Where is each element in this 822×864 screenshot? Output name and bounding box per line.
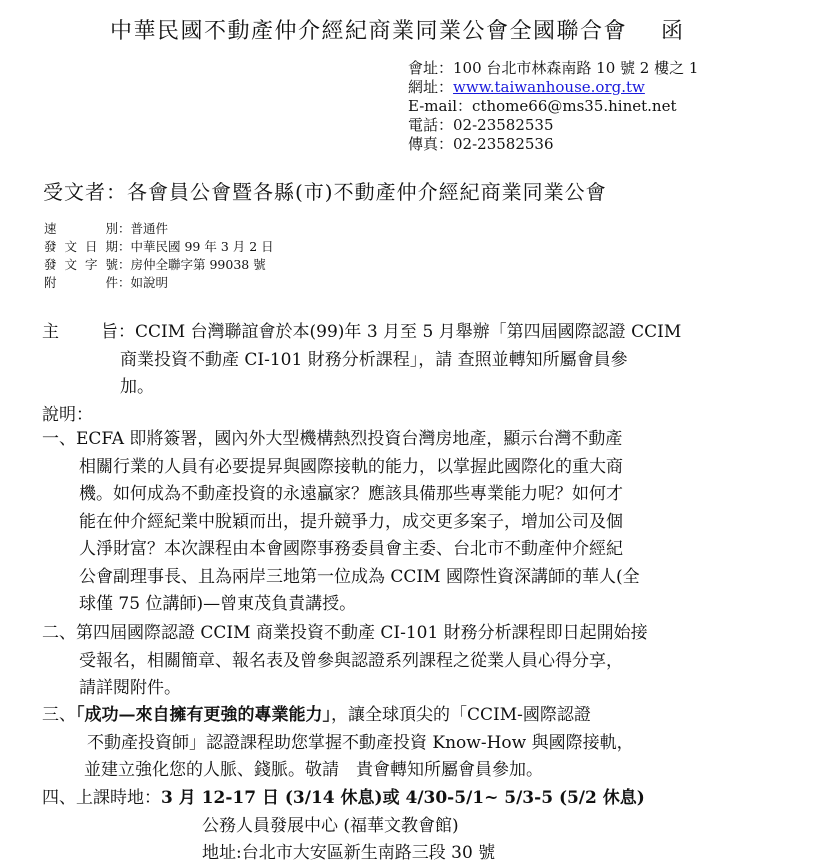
contact-website-row: 網址：www.taiwanhouse.org.tw: [408, 78, 698, 97]
subject-line: ：CCIM 台灣聯誼會於本(99)年 3 月至 5 月舉辦「第四屆國際認證 CC…: [118, 322, 681, 342]
description-item-2: 二、第四屆國際認證 CCIM 商業投資不動產 CI-101 財務分析課程即日起開…: [42, 620, 648, 703]
website-link[interactable]: www.taiwanhouse.org.tw: [453, 78, 645, 96]
description-item-1: 一、ECFA 即將簽署，國內外大型機構熱烈投資台灣房地產，顯示台灣不動產 相關行…: [42, 426, 640, 619]
venue-block: 公務人員發展中心 (福華文教會館) 地址:台北市大安區新生南路三段 30 號: [202, 813, 495, 864]
org-name: 中華民國不動產仲介經紀商業同業公會全國聯合會: [110, 19, 627, 44]
highlight-phrase: 「成功—來自擁有更強的專業能力」: [76, 705, 331, 725]
subject-label: 主旨: [42, 319, 118, 347]
contact-email: E-mail：cthome66@ms35.hinet.net: [408, 97, 698, 116]
document-meta: 速別：普通件 發文日期：中華民國 99 年 3 月 2 日 發文字號：房仲全聯字…: [44, 220, 274, 292]
venue-name: 公務人員發展中心 (福華文教會館): [202, 813, 495, 840]
meta-row: 發文日期：中華民國 99 年 3 月 2 日: [44, 238, 274, 256]
contact-block: 會址：100 台北市林森南路 10 號 2 樓之 1 網址：www.taiwan…: [408, 59, 698, 154]
contact-address: 會址：100 台北市林森南路 10 號 2 樓之 1: [408, 59, 698, 78]
document-header: 中華民國不動產仲介經紀商業同業公會全國聯合會函: [110, 14, 685, 45]
venue-address: 地址:台北市大安區新生南路三段 30 號: [202, 840, 495, 864]
meta-row: 發文字號：房仲全聯字第 99038 號: [44, 256, 274, 274]
recipient: 受文者：各會員公會暨各縣(市)不動產仲介經紀商業同業公會: [43, 176, 607, 205]
meta-row: 附件：如說明: [44, 274, 274, 292]
doc-type: 函: [661, 19, 685, 44]
contact-phone: 電話：02-23582535: [408, 116, 698, 135]
description-item-4: 四、上課時地：3 月 12-17 日 (3/14 休息)或 4/30-5/1~ …: [42, 785, 645, 813]
subject-section: 主旨：CCIM 台灣聯誼會於本(99)年 3 月至 5 月舉辦「第四屆國際認證 …: [42, 319, 681, 402]
schedule: 3 月 12-17 日 (3/14 休息)或 4/30-5/1~ 5/3-5 (…: [161, 788, 645, 808]
meta-row: 速別：普通件: [44, 220, 274, 238]
subject-line: 加。: [42, 374, 681, 402]
description-item-3: 三、「成功—來自擁有更強的專業能力」，讓全球頂尖的「CCIM-國際認證 不動產投…: [42, 702, 634, 785]
contact-fax: 傳真：02-23582536: [408, 135, 698, 154]
subject-line: 商業投資不動產 CI-101 財務分析課程」，請 查照並轉知所屬會員參: [42, 347, 681, 375]
description-label: 說明：: [42, 400, 93, 425]
website-label: 網址：: [408, 78, 453, 96]
